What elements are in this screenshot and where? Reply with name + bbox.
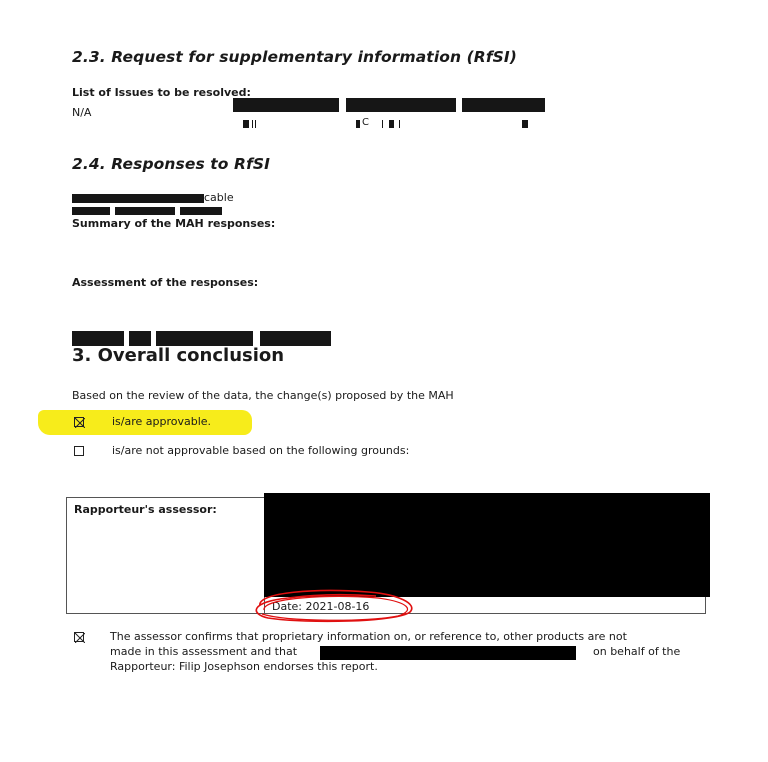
approvable-checkbox[interactable] — [74, 417, 84, 427]
redacted-line-3 — [72, 194, 204, 203]
not-approvable-label: is/are not approvable based on the follo… — [112, 444, 409, 457]
partial-text: cable — [204, 191, 234, 204]
confirmation-line-2-end: on behalf of the — [593, 645, 680, 658]
redacted-fragment-c: C — [362, 117, 369, 128]
not-approvable-checkbox[interactable] — [74, 446, 84, 456]
section-2-4-heading: 2.4. Responses to RfSI — [72, 155, 270, 173]
redacted-signature-block — [264, 493, 710, 597]
assessment-label: Assessment of the responses: — [72, 276, 258, 289]
rapporteur-assessor-label: Rapporteur's assessor: — [74, 503, 217, 516]
list-of-issues-value: N/A — [72, 106, 91, 119]
approvable-label: is/are approvable. — [112, 415, 211, 428]
redacted-name — [320, 646, 576, 660]
signature-date: Date: 2021-08-16 — [272, 600, 369, 613]
conclusion-intro: Based on the review of the data, the cha… — [72, 389, 454, 402]
confirmation-line-3: Rapporteur: Filip Josephson endorses thi… — [110, 660, 378, 673]
summary-label: Summary of the MAH responses: — [72, 217, 275, 230]
checked-x-icon — [75, 633, 85, 643]
confirmation-line-2-start: made in this assessment and that — [110, 645, 297, 658]
checked-x-icon — [75, 418, 85, 428]
section-2-3-heading: 2.3. Request for supplementary informati… — [72, 48, 517, 66]
section-3-heading: 3. Overall conclusion — [72, 345, 284, 366]
confirmation-line-1: The assessor confirms that proprietary i… — [110, 630, 627, 643]
list-of-issues-label: List of Issues to be resolved: — [72, 86, 251, 99]
confirmation-checkbox[interactable] — [74, 632, 84, 642]
